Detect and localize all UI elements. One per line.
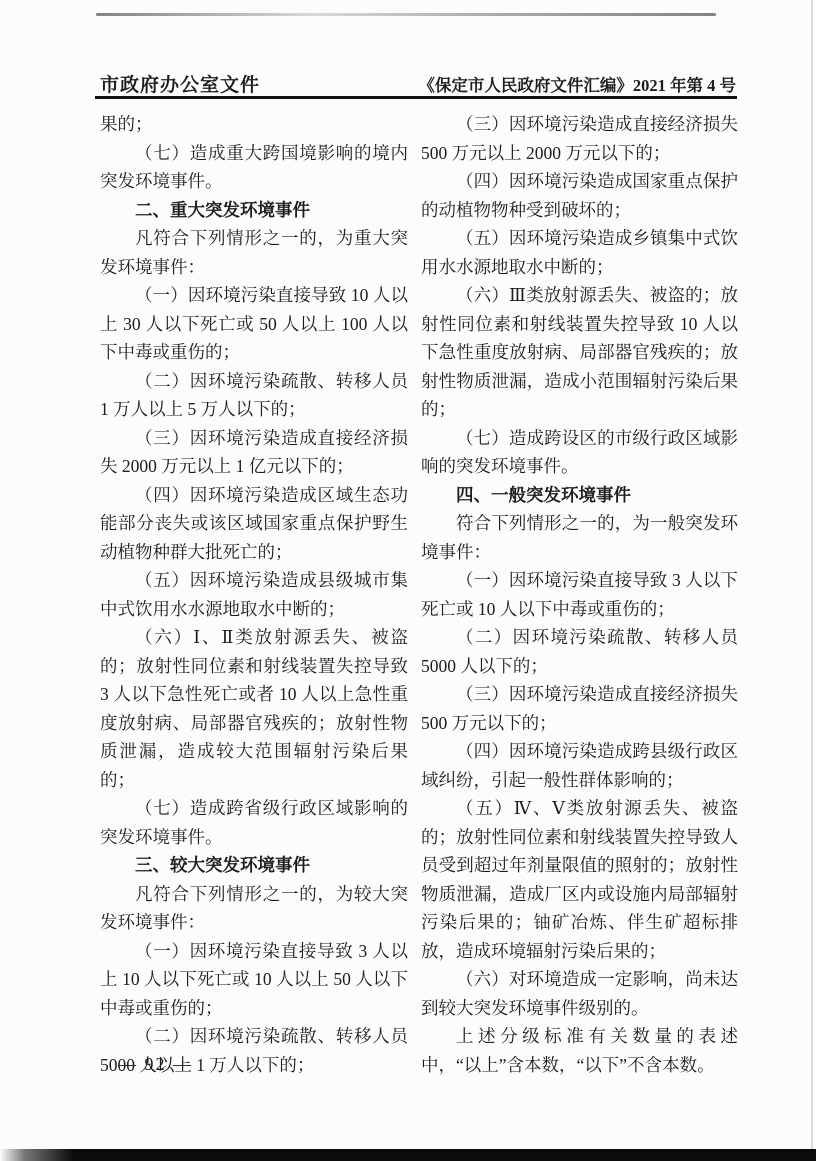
paragraph: （三）因环境污染造成直接经济损失 500 万元以上 2000 万元以下的； — [421, 110, 738, 167]
paragraph: （三）因环境污染造成直接经济损失 500 万元以下的； — [421, 680, 738, 737]
paragraph: 凡符合下列情形之一的，为重大突发环境事件： — [100, 224, 408, 281]
paragraph: （二）因环境污染疏散、转移人员 1 万人以上 5 万人以下的； — [100, 367, 408, 424]
section-heading: 二、重大突发环境事件 — [100, 196, 408, 225]
paragraph: （五）因环境污染造成乡镇集中式饮用水水源地取水中断的； — [421, 224, 738, 281]
paragraph: （二）因环境污染疏散、转移人员 5000 人以下的； — [421, 623, 738, 680]
paragraph: 果的； — [100, 110, 408, 139]
paragraph: （五）因环境污染造成县级城市集中式饮用水水源地取水中断的； — [100, 566, 408, 623]
paragraph: （四）因环境污染造成国家重点保护的动植物物种受到破坏的； — [421, 167, 738, 224]
paragraph: （七）造成跨设区的市级行政区域影响的突发环境事件。 — [421, 424, 738, 481]
paragraph: （一）因环境污染直接导致 3 人以下死亡或 10 人以下中毒或重伤的； — [421, 566, 738, 623]
page-number: — 92 — — [118, 1054, 193, 1075]
paragraph: （五）Ⅳ、Ⅴ类放射源丢失、被盗的；放射性同位素和射线装置失控导致人员受到超过年剂… — [421, 794, 738, 965]
header-rule — [95, 96, 737, 99]
section-heading: 三、较大突发环境事件 — [100, 851, 408, 880]
paragraph: （三）因环境污染造成直接经济损失 2000 万元以上 1 亿元以下的； — [100, 424, 408, 481]
paragraph: （六）Ⅰ、Ⅱ类放射源丢失、被盗的；放射性同位素和射线装置失控导致 3 人以下急性… — [100, 623, 408, 794]
paragraph: （六）对环境造成一定影响，尚未达到较大突发环境事件级别的。 — [421, 965, 738, 1022]
scan-artifact-top-streak — [96, 13, 716, 16]
scan-artifact-right-edge — [811, 0, 813, 1161]
paragraph: （七）造成重大跨国境影响的境内突发环境事件。 — [100, 139, 408, 196]
paragraph: （四）因环境污染造成区域生态功能部分丧失或该区域国家重点保护野生动植物种群大批死… — [100, 481, 408, 567]
left-column: 果的；（七）造成重大跨国境影响的境内突发环境事件。二、重大突发环境事件凡符合下列… — [100, 110, 408, 1079]
document-page: 市政府办公室文件 《保定市人民政府文件汇编》2021 年第 4 号 果的；（七）… — [0, 0, 816, 1161]
section-heading: 四、一般突发环境事件 — [421, 481, 738, 510]
paragraph: （一）因环境污染直接导致 3 人以上 10 人以下死亡或 10 人以上 50 人… — [100, 937, 408, 1023]
paragraph: （一）因环境污染直接导致 10 人以上 30 人以下死亡或 50 人以上 100… — [100, 281, 408, 367]
paragraph: 上述分级标准有关数量的表述中，“以上”含本数，“以下”不含本数。 — [421, 1022, 738, 1079]
paragraph: （七）造成跨省级行政区域影响的突发环境事件。 — [100, 794, 408, 851]
paragraph: 符合下列情形之一的，为一般突发环境事件： — [421, 509, 738, 566]
paragraph: （六）Ⅲ类放射源丢失、被盗的；放射性同位素和射线装置失控导致 10 人以下急性重… — [421, 281, 738, 424]
page-header: 市政府办公室文件 《保定市人民政府文件汇编》2021 年第 4 号 — [100, 70, 736, 97]
document-body: 果的；（七）造成重大跨国境影响的境内突发环境事件。二、重大突发环境事件凡符合下列… — [100, 110, 738, 1079]
paragraph: （四）因环境污染造成跨县级行政区域纠纷，引起一般性群体影响的； — [421, 737, 738, 794]
right-column: （三）因环境污染造成直接经济损失 500 万元以上 2000 万元以下的；（四）… — [421, 110, 738, 1079]
scan-artifact-bottom-band — [0, 1149, 816, 1161]
header-document-category: 市政府办公室文件 — [100, 70, 260, 97]
header-compilation-title: 《保定市人民政府文件汇编》2021 年第 4 号 — [418, 72, 736, 96]
paragraph: 凡符合下列情形之一的，为较大突发环境事件： — [100, 880, 408, 937]
